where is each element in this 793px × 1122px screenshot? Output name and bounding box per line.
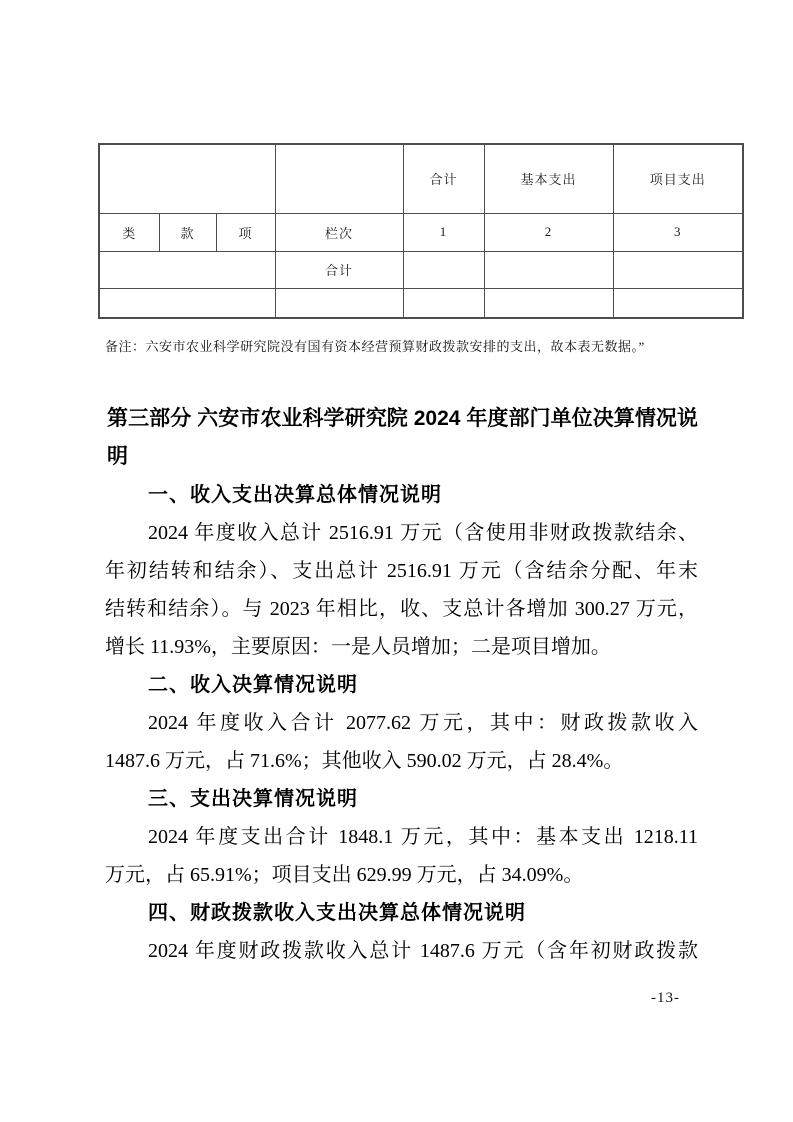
paragraph-line: 万元，占 65.91%；项目支出 629.99 万元，占 34.09%。 <box>105 856 698 894</box>
table-cell-empty <box>403 288 484 318</box>
table-subheader-item: 项 <box>216 213 275 251</box>
table-subheader-col-1: 1 <box>403 213 484 251</box>
table-row-total: 合计 <box>99 251 743 288</box>
paragraph-line: 2024 年度支出合计 1848.1 万元，其中：基本支出 1218.11 <box>105 818 698 856</box>
table-row-blank <box>99 288 743 318</box>
paragraph-line: 增长 11.93%，主要原因：一是人员增加；二是项目增加。 <box>105 628 698 666</box>
paragraph-line: 2024 年度收入总计 2516.91 万元（含使用非财政拨款结余、 <box>105 514 698 552</box>
table-footnote: 备注：六安市农业科学研究院没有国有资本经营预算财政拨款安排的支出，故本表无数据。… <box>105 336 745 355</box>
table-subheader-column: 栏次 <box>275 213 403 251</box>
table-header-total: 合计 <box>403 144 484 213</box>
table-cell-empty <box>484 251 613 288</box>
table-cell-empty <box>613 288 743 318</box>
table-row-subheader: 类 款 项 栏次 1 2 3 <box>99 213 743 251</box>
table-subheader-section: 款 <box>159 213 216 251</box>
document-page: 合计 基本支出 项目支出 类 款 项 栏次 1 2 3 合计 <box>0 0 793 1122</box>
body-text: 第三部分 六安市农业科学研究院 2024 年度部门单位决算情况说 明 一、收入支… <box>0 400 793 970</box>
table-cell-empty <box>99 288 275 318</box>
table-cell-empty <box>613 251 743 288</box>
table-row-total-label: 合计 <box>275 251 403 288</box>
page-number: -13- <box>651 990 680 1007</box>
section-3-heading: 三、支出决算情况说明 <box>148 780 793 818</box>
table-cell-empty <box>275 288 403 318</box>
paragraph-line: 年初结转和结余）、支出总计 2516.91 万元（含结余分配、年末 <box>105 552 698 590</box>
table-cell-empty <box>99 144 275 213</box>
table-subheader-col-2: 2 <box>484 213 613 251</box>
budget-table: 合计 基本支出 项目支出 类 款 项 栏次 1 2 3 合计 <box>98 143 744 319</box>
table-header-basic-expenditure: 基本支出 <box>484 144 613 213</box>
table-cell-empty <box>99 251 275 288</box>
table-cell-empty <box>484 288 613 318</box>
table-cell-empty <box>403 251 484 288</box>
table-subheader-col-3: 3 <box>613 213 743 251</box>
table-header-project-expenditure: 项目支出 <box>613 144 743 213</box>
table-subheader-class: 类 <box>99 213 159 251</box>
table-cell-empty <box>275 144 403 213</box>
section-1-heading: 一、收入支出决算总体情况说明 <box>148 476 793 514</box>
paragraph-line: 结转和结余）。与 2023 年相比，收、支总计各增加 300.27 万元， <box>105 590 698 628</box>
part-three-heading-line1: 第三部分 六安市农业科学研究院 2024 年度部门单位决算情况说 <box>107 400 698 438</box>
section-4-heading: 四、财政拨款收入支出决算总体情况说明 <box>148 894 793 932</box>
table-row-header: 合计 基本支出 项目支出 <box>99 144 743 213</box>
paragraph-line: 2024 年度财政拨款收入总计 1487.6 万元（含年初财政拨款 <box>105 932 698 970</box>
paragraph-line: 2024 年度收入合计 2077.62 万元，其中：财政拨款收入 <box>105 704 698 742</box>
paragraph-line: 1487.6 万元，占 71.6%；其他收入 590.02 万元，占 28.4%… <box>105 742 698 780</box>
part-three-heading-line2: 明 <box>107 438 698 476</box>
section-2-heading: 二、收入决算情况说明 <box>148 666 793 704</box>
